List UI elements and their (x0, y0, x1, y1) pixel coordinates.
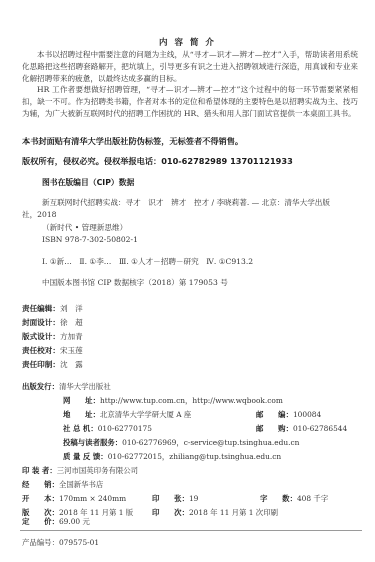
intro-title: 内 容 简 介 (0, 36, 375, 48)
staff-value: 方加青 (60, 332, 83, 341)
website-row: 网 址：http://www.tup.com.cn，http://www.wqb… (63, 395, 283, 406)
switchboard-value: 010-62770175 (98, 424, 152, 433)
reader-service-row: 投稿与读者服务：010-62776969，c-service@tup.tsing… (63, 437, 299, 448)
price-row: 定 价：69.00 元 (22, 516, 90, 527)
format-row: 开 本：170mm × 240mm (22, 493, 126, 504)
price-value: 69.00 元 (59, 517, 90, 526)
printing-row: 印 次：2018 年 11 月第 1 次印刷 (152, 507, 278, 518)
product-code-label: 产品编号： (22, 538, 59, 547)
staff-cover-design: 封面设计：徐 超 (22, 317, 83, 328)
cip-classification: Ⅰ. ①新… Ⅱ. ①李… Ⅲ. ①人才－招聘－研究 Ⅳ. ①C913.2 (42, 256, 253, 267)
word-count-row: 字 数：408 千字 (260, 493, 328, 504)
printing-label: 印 次： (152, 507, 189, 518)
staff-label: 责任校对： (22, 346, 60, 355)
quality-feedback-label: 质 量 反 馈： (63, 451, 108, 462)
intro-paragraph-1: 本书以招聘过程中需要注意的问题为主线，从“寻才—识才—辨才—控才”入手，帮助读者… (22, 49, 358, 85)
staff-layout-design: 版式设计：方加青 (22, 331, 83, 342)
sheets-value: 19 (189, 494, 198, 503)
mailorder-label: 邮 购： (256, 423, 293, 434)
reader-service-value: 010-62776969，c-service@tup.tsinghua.edu.… (122, 438, 299, 447)
anti-counterfeit-notice: 本书封面贴有清华大学出版社防伪标签，无标签者不得销售。 (22, 136, 243, 147)
website-label: 网 址： (63, 395, 100, 406)
publisher-value: 清华大学出版社 (59, 382, 111, 391)
address-value: 北京清华大学学研大厦 A 座 (100, 410, 191, 419)
mailorder-row: 邮 购：010-62786544 (256, 423, 347, 434)
cip-isbn: ISBN 978-7-302-50802-1 (42, 235, 138, 244)
distributor-row: 经 销：全国新华书店 (22, 479, 103, 490)
address-label: 地 址： (63, 409, 100, 420)
quality-feedback-row: 质 量 反 馈：010-62772015，zhiliang@tup.tsingh… (63, 451, 281, 462)
staff-label: 版式设计： (22, 332, 60, 341)
printer-value: 三河市国英印务有限公司 (57, 466, 138, 475)
staff-value: 宋玉莲 (60, 346, 83, 355)
product-code-value: 079575-01 (59, 538, 99, 547)
staff-label: 责任印制： (22, 360, 60, 369)
cip-title-line: 新互联网时代招聘实战：寻才 识才 辨才 控才 / 李晓莉著. — 北京：清华大学… (42, 197, 330, 208)
printing-value: 2018 年 11 月第 1 次印刷 (189, 508, 278, 517)
cip-title-line-cont: 社，2018 (22, 209, 57, 220)
printer-label: 印 装 者： (22, 465, 57, 476)
publisher-label: 出版发行： (22, 381, 59, 392)
cip-title: 图书在版编目（CIP）数据 (42, 177, 134, 188)
sheets-row: 印 张：19 (152, 493, 198, 504)
mailorder-value: 010-62786544 (293, 424, 347, 433)
staff-label: 责任编辑： (22, 304, 60, 313)
price-label: 定 价： (22, 516, 59, 527)
sheets-label: 印 张： (152, 493, 189, 504)
staff-printing: 责任印制：沈 露 (22, 359, 83, 370)
publisher-row: 出版发行：清华大学出版社 (22, 381, 111, 392)
staff-value: 沈 露 (60, 360, 83, 369)
distributor-value: 全国新华书店 (59, 480, 103, 489)
divider-rule (20, 530, 362, 531)
postcode-value: 100084 (293, 410, 321, 419)
staff-value: 刘 洋 (60, 304, 83, 313)
postcode-label: 邮 编： (256, 409, 293, 420)
intro-paragraph-2: HR 工作者要想做好招聘管理，“寻才—识才—辨才—控才”这个过程中的每一环节需要… (22, 84, 358, 120)
copyright-notice: 版权所有，侵权必究。侵权举报电话：010-62782989 1370112193… (22, 156, 293, 167)
switchboard-row: 社 总 机：010-62770175 (63, 423, 152, 434)
distributor-label: 经 销： (22, 479, 59, 490)
product-code: 产品编号：079575-01 (22, 537, 99, 548)
staff-editor: 责任编辑：刘 洋 (22, 303, 83, 314)
website-value: http://www.tup.com.cn，http://www.wqbook.… (100, 396, 283, 405)
address-row: 地 址：北京清华大学学研大厦 A 座 (63, 409, 191, 420)
postcode-row: 邮 编：100084 (256, 409, 321, 420)
word-count-label: 字 数： (260, 493, 297, 504)
quality-feedback-value: 010-62772015，zhiliang@tup.tsinghua.edu.c… (108, 452, 281, 461)
format-label: 开 本： (22, 493, 59, 504)
word-count-value: 408 千字 (297, 494, 328, 503)
staff-proofreader: 责任校对：宋玉莲 (22, 345, 83, 356)
reader-service-label: 投稿与读者服务： (63, 437, 122, 448)
printer-row: 印 装 者：三河市国英印务有限公司 (22, 465, 138, 476)
staff-value: 徐 超 (60, 318, 83, 327)
cip-series: （新时代 • 管理新思维） (42, 222, 127, 233)
switchboard-label: 社 总 机： (63, 423, 98, 434)
format-value: 170mm × 240mm (59, 494, 126, 503)
staff-label: 封面设计： (22, 318, 60, 327)
cip-record-number: 中国版本图书馆 CIP 数据核字（2018）第 179053 号 (42, 277, 228, 288)
